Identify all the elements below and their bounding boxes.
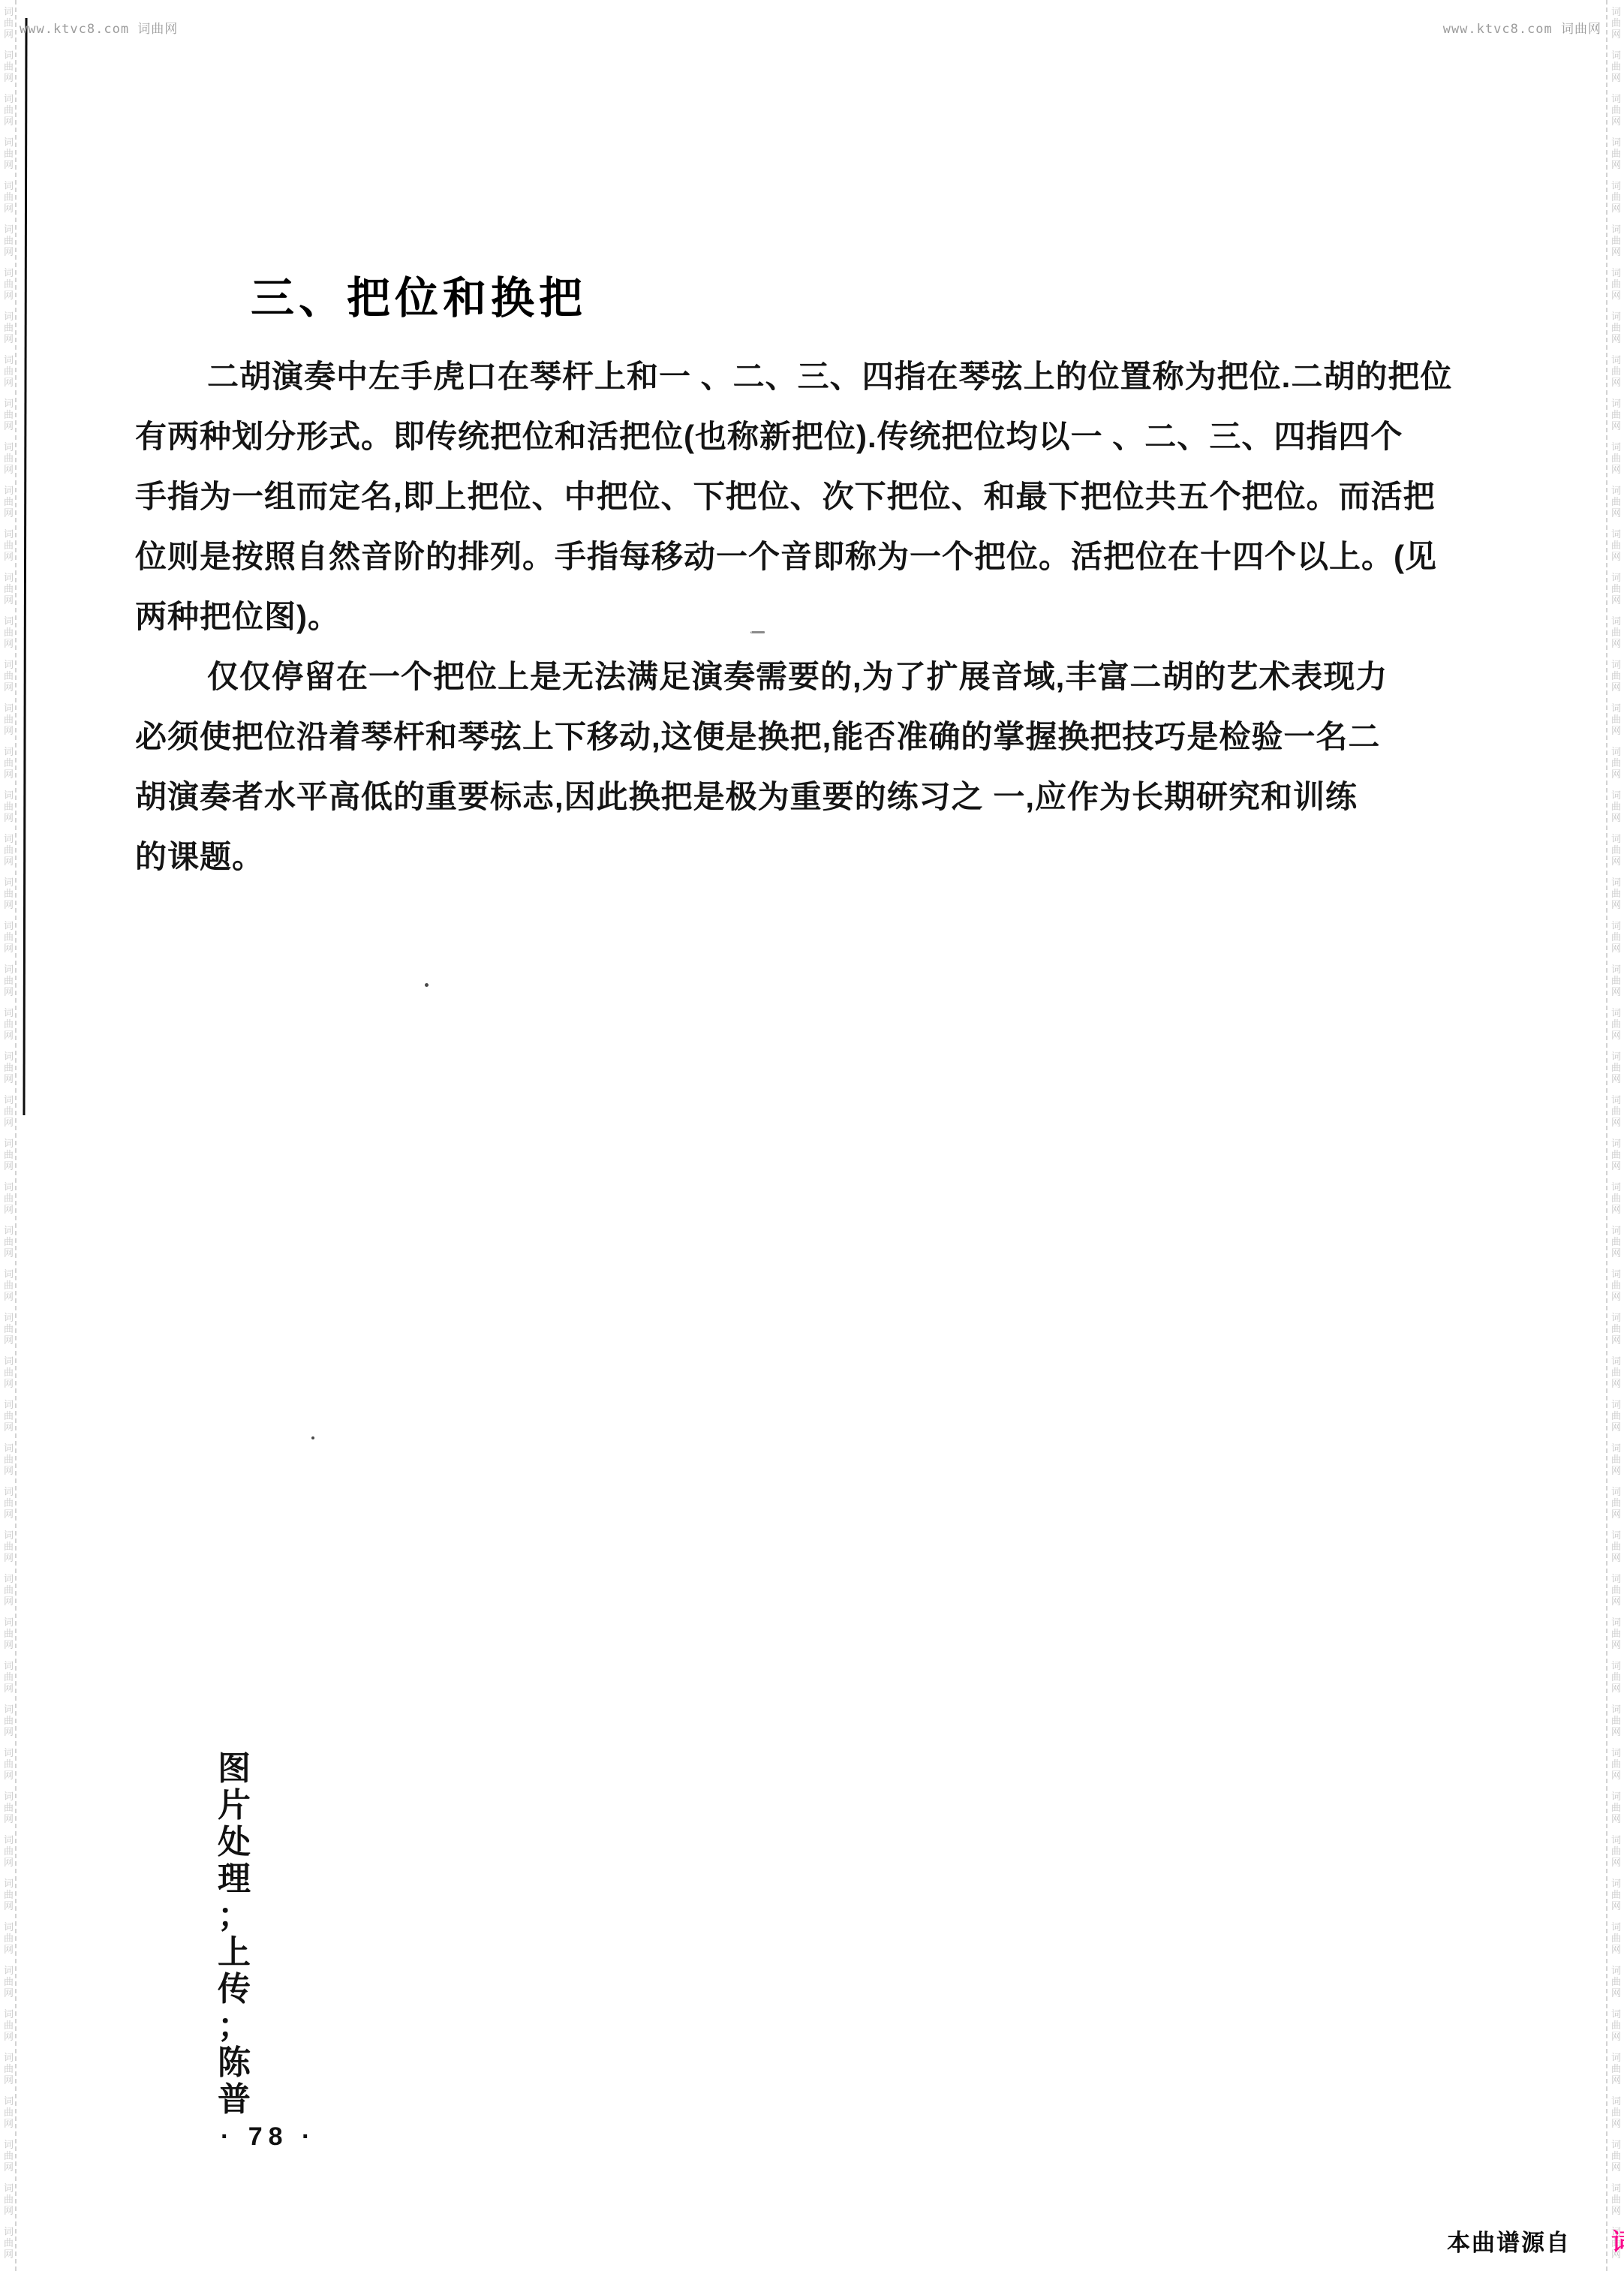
watermark-char: 网 (1610, 203, 1622, 214)
watermark-char: 词 (1610, 137, 1622, 148)
watermark-group: 词曲网 (1610, 1181, 1622, 1215)
watermark-char: 网 (3, 1030, 14, 1041)
watermark-group: 词曲网 (1610, 441, 1622, 475)
watermark-char: 曲 (1610, 2063, 1622, 2074)
watermark-char: 网 (3, 725, 14, 736)
watermark-group: 词曲网 (3, 267, 14, 301)
watermark-group: 词曲网 (1610, 224, 1622, 257)
watermark-char: 词 (1610, 93, 1622, 104)
watermark-char: 词 (3, 964, 14, 975)
watermark-char: 曲 (1610, 975, 1622, 986)
watermark-char: 词 (1610, 1312, 1622, 1323)
watermark-group: 词曲网 (1610, 398, 1622, 432)
watermark-group: 词曲网 (1610, 964, 1622, 997)
watermark-group: 词曲网 (1610, 1225, 1622, 1259)
watermark-char: 词 (1610, 1530, 1622, 1541)
watermark-group: 词曲网 (1610, 702, 1622, 736)
watermark-char: 词 (3, 2095, 14, 2107)
watermark-char: 曲 (3, 583, 14, 594)
watermark-char: 词 (3, 267, 14, 278)
watermark-group: 词曲网 (3, 1399, 14, 1433)
watermark-char: 词 (3, 1965, 14, 1976)
watermark-char: 网 (3, 1291, 14, 1302)
watermark-char: 网 (3, 1552, 14, 1563)
watermark-char: 网 (1610, 377, 1622, 388)
watermark-char: 词 (1610, 1704, 1622, 1715)
watermark-char: 网 (1610, 812, 1622, 823)
watermark-group: 词曲网 (3, 441, 14, 475)
watermark-char: 曲 (3, 1802, 14, 1813)
footer-credit-prefix: 本曲谱源自 (1447, 2224, 1571, 2257)
watermark-char: 曲 (1610, 409, 1622, 420)
watermark-group: 词曲网 (3, 1660, 14, 1694)
watermark-char: 词 (3, 1007, 14, 1018)
watermark-group: 词曲网 (3, 2139, 14, 2173)
watermark-group: 词曲网 (3, 920, 14, 954)
uploader-credit-vertical: 图片处理；上传；陈普 (215, 1750, 254, 2118)
left-dashed-rule (15, 0, 17, 2271)
watermark-char: 网 (3, 1813, 14, 1824)
watermark-char: 网 (3, 1900, 14, 1912)
watermark-char: 曲 (1610, 888, 1622, 899)
watermark-group: 词曲网 (3, 659, 14, 693)
watermark-char: 词 (3, 1747, 14, 1758)
watermark-group: 词曲网 (3, 398, 14, 432)
watermark-char: 词 (1610, 1921, 1622, 1933)
watermark-char: 网 (3, 1944, 14, 1955)
watermark-char: 网 (1610, 1030, 1622, 1041)
watermark-char: 曲 (1610, 365, 1622, 377)
watermark-group: 词曲网 (1610, 833, 1622, 867)
watermark-char: 网 (3, 943, 14, 954)
scan-speck (425, 983, 429, 987)
text-line: 胡演奏者水平高低的重要标志,因此换把是极为重要的练习之 一,应作为长期研究和训练 (135, 767, 1549, 827)
watermark-char: 网 (3, 1117, 14, 1128)
watermark-url-top-left: www.ktvc8.com 词曲网 (20, 18, 178, 37)
watermark-group: 词曲网 (3, 1442, 14, 1476)
watermark-char: 曲 (1610, 1802, 1622, 1813)
watermark-char: 网 (3, 1204, 14, 1215)
watermark-group: 词曲网 (3, 6, 14, 40)
watermark-char: 网 (1610, 638, 1622, 649)
watermark-char: 网 (3, 203, 14, 214)
watermark-char: 网 (1610, 986, 1622, 997)
watermark-char: 曲 (1610, 1018, 1622, 1030)
watermark-char: 曲 (3, 2107, 14, 2118)
watermark-group: 词曲网 (3, 964, 14, 997)
watermark-char: 曲 (1610, 1105, 1622, 1117)
paragraph-1: 二胡演奏中左手虎口在琴杆上和一 、二、三、四指在琴弦上的位置称为把位.二胡的把位… (135, 347, 1549, 647)
watermark-group: 词曲网 (3, 1486, 14, 1520)
watermark-group: 词曲网 (3, 180, 14, 214)
watermark-char: 网 (1610, 1117, 1622, 1128)
watermark-group: 词曲网 (3, 877, 14, 910)
watermark-group: 词曲网 (3, 1355, 14, 1389)
watermark-char: 词 (1610, 746, 1622, 757)
watermark-group: 词曲网 (3, 1704, 14, 1737)
watermark-char: 曲 (3, 1628, 14, 1639)
watermark-char: 网 (1610, 1770, 1622, 1781)
watermark-group: 词曲网 (1610, 2008, 1622, 2042)
watermark-char: 网 (1610, 1857, 1622, 1868)
watermark-group: 词曲网 (1610, 354, 1622, 388)
watermark-char: 词 (3, 2008, 14, 2020)
watermark-group: 词曲网 (1610, 1094, 1622, 1128)
watermark-char: 词 (1610, 702, 1622, 714)
watermark-char: 词 (1610, 180, 1622, 191)
watermark-char: 词 (3, 2052, 14, 2063)
watermark-char: 词 (3, 1791, 14, 1802)
section-title: 三、把位和换把 (251, 263, 587, 326)
watermark-char: 曲 (3, 670, 14, 681)
watermark-char: 词 (1610, 2182, 1622, 2194)
watermark-char: 词 (3, 1442, 14, 1454)
watermark-group: 词曲网 (3, 93, 14, 127)
watermark-char: 曲 (3, 453, 14, 464)
watermark-group: 词曲网 (1610, 1921, 1622, 1955)
watermark-char: 网 (1610, 290, 1622, 301)
watermark-char: 曲 (1610, 1758, 1622, 1770)
watermark-char: 网 (3, 594, 14, 606)
watermark-char: 网 (1610, 1596, 1622, 1607)
watermark-group: 词曲网 (1610, 1791, 1622, 1824)
watermark-char: 网 (1610, 1639, 1622, 1650)
watermark-char: 词 (3, 1921, 14, 1933)
watermark-char: 词 (1610, 615, 1622, 627)
watermark-char: 网 (1610, 2205, 1622, 2216)
watermark-char: 网 (3, 507, 14, 519)
watermark-char: 网 (3, 464, 14, 475)
text-line: 必须使把位沿着琴杆和琴弦上下移动,这便是换把,能否准确的掌握换把技巧是检验一名二 (135, 707, 1549, 767)
watermark-char: 词 (1610, 1225, 1622, 1236)
watermark-group: 词曲网 (1610, 1442, 1622, 1476)
watermark-group: 词曲网 (3, 1834, 14, 1868)
watermark-char: 曲 (3, 104, 14, 116)
watermark-group: 词曲网 (1610, 1051, 1622, 1084)
watermark-char: 网 (3, 1987, 14, 1999)
watermark-char: 网 (3, 1596, 14, 1607)
watermark-char: 曲 (3, 1323, 14, 1334)
watermark-char: 网 (3, 1160, 14, 1172)
watermark-group: 词曲网 (1610, 1530, 1622, 1563)
watermark-char: 曲 (1610, 1280, 1622, 1291)
watermark-char: 曲 (1610, 2194, 1622, 2205)
watermark-group: 词曲网 (1610, 311, 1622, 344)
watermark-group: 词曲网 (3, 1573, 14, 1607)
watermark-group: 词曲网 (3, 1268, 14, 1302)
watermark-char: 曲 (3, 540, 14, 551)
watermark-char: 网 (1610, 1726, 1622, 1737)
watermark-char: 网 (3, 2205, 14, 2216)
watermark-char: 网 (3, 1639, 14, 1650)
watermark-char: 词 (1610, 1617, 1622, 1628)
watermark-char: 网 (1610, 1160, 1622, 1172)
watermark-char: 词 (3, 6, 14, 17)
watermark-char: 词 (1610, 50, 1622, 61)
watermark-group: 词曲网 (3, 1921, 14, 1955)
watermark-char: 词 (1610, 920, 1622, 931)
watermark-char: 曲 (1610, 844, 1622, 856)
watermark-char: 曲 (1610, 1541, 1622, 1552)
watermark-group: 词曲网 (1610, 180, 1622, 214)
watermark-char: 词 (3, 180, 14, 191)
watermark-group: 词曲网 (3, 1138, 14, 1172)
watermark-char: 曲 (3, 148, 14, 159)
watermark-char: 词 (1610, 354, 1622, 365)
watermark-group: 词曲网 (1610, 877, 1622, 910)
watermark-group: 词曲网 (1610, 659, 1622, 693)
text-line: 仅仅停留在一个把位上是无法满足演奏需要的,为了扩展音域,丰富二胡的艺术表现力 (135, 647, 1549, 707)
watermark-char: 词 (3, 1617, 14, 1628)
watermark-group: 词曲网 (3, 746, 14, 780)
watermark-group: 词曲网 (1610, 920, 1622, 954)
watermark-char: 网 (3, 29, 14, 40)
watermark-char: 词 (1610, 877, 1622, 888)
watermark-char: 网 (3, 2074, 14, 2086)
watermark-char: 词 (3, 441, 14, 453)
watermark-char: 词 (3, 1051, 14, 1062)
watermark-group: 词曲网 (1610, 1834, 1622, 1868)
watermark-char: 曲 (1610, 1323, 1622, 1334)
right-watermark-column: 词曲网词曲网词曲网词曲网词曲网词曲网词曲网词曲网词曲网词曲网词曲网词曲网词曲网词… (1610, 6, 1622, 2269)
watermark-char: 曲 (1610, 191, 1622, 203)
watermark-char: 网 (1610, 246, 1622, 257)
watermark-char: 网 (3, 551, 14, 562)
watermark-char: 词 (1610, 833, 1622, 844)
watermark-char: 词 (3, 50, 14, 61)
watermark-group: 词曲网 (1610, 1747, 1622, 1781)
watermark-group: 词曲网 (3, 2182, 14, 2216)
watermark-char: 网 (3, 769, 14, 780)
watermark-char: 词 (3, 1355, 14, 1367)
watermark-char: 词 (1610, 572, 1622, 583)
watermark-char: 曲 (3, 1889, 14, 1900)
watermark-char: 网 (1610, 1683, 1622, 1694)
watermark-char: 曲 (1610, 1236, 1622, 1247)
watermark-group: 词曲网 (1610, 50, 1622, 83)
watermark-char: 词 (3, 877, 14, 888)
watermark-char: 词 (1610, 1791, 1622, 1802)
watermark-group: 词曲网 (3, 1181, 14, 1215)
watermark-char: 曲 (3, 322, 14, 333)
watermark-char: 网 (1610, 333, 1622, 344)
watermark-char: 网 (1610, 943, 1622, 954)
watermark-char: 词 (3, 1486, 14, 1497)
watermark-char: 网 (3, 72, 14, 83)
watermark-char: 网 (1610, 1291, 1622, 1302)
watermark-group: 词曲网 (3, 572, 14, 606)
watermark-char: 曲 (3, 975, 14, 986)
vertical-char: 图 (215, 1750, 254, 1787)
watermark-char: 网 (1610, 2074, 1622, 2086)
watermark-char: 曲 (1610, 148, 1622, 159)
watermark-char: 网 (3, 1334, 14, 1346)
watermark-char: 曲 (1610, 1715, 1622, 1726)
watermark-group: 词曲网 (1610, 1138, 1622, 1172)
watermark-char: 词 (1610, 1399, 1622, 1410)
vertical-char: 普 (215, 2081, 254, 2118)
watermark-char: 网 (1610, 1944, 1622, 1955)
watermark-group: 词曲网 (3, 790, 14, 823)
watermark-char: 曲 (1610, 322, 1622, 333)
watermark-char: 曲 (3, 1933, 14, 1944)
page-number: · 78 · (221, 2122, 316, 2152)
watermark-group: 词曲网 (3, 2008, 14, 2042)
watermark-char: 曲 (3, 757, 14, 769)
scan-speck (311, 1436, 314, 1439)
watermark-char: 词 (1610, 6, 1622, 17)
watermark-char: 曲 (3, 1845, 14, 1857)
watermark-char: 词 (3, 137, 14, 148)
watermark-group: 词曲网 (1610, 1660, 1622, 1694)
watermark-char: 词 (3, 1834, 14, 1845)
watermark-group: 词曲网 (1610, 746, 1622, 780)
watermark-group: 词曲网 (3, 50, 14, 83)
watermark-group: 词曲网 (3, 1225, 14, 1259)
vertical-char: 陈 (215, 2044, 254, 2081)
watermark-char: 曲 (3, 931, 14, 943)
watermark-char: 词 (1610, 2139, 1622, 2150)
watermark-group: 词曲网 (3, 1094, 14, 1128)
watermark-group: 词曲网 (1610, 1965, 1622, 1999)
watermark-group: 词曲网 (3, 528, 14, 562)
watermark-char: 曲 (1610, 1976, 1622, 1987)
watermark-group: 词曲网 (1610, 267, 1622, 301)
watermark-group: 词曲网 (1610, 615, 1622, 649)
watermark-group: 词曲网 (3, 354, 14, 388)
watermark-char: 曲 (3, 2063, 14, 2074)
watermark-char: 网 (3, 420, 14, 432)
watermark-char: 词 (1610, 659, 1622, 670)
watermark-char: 曲 (3, 1454, 14, 1465)
watermark-char: 网 (1610, 1378, 1622, 1389)
watermark-char: 网 (1610, 899, 1622, 910)
watermark-char: 曲 (3, 235, 14, 246)
watermark-char: 词 (1610, 1747, 1622, 1758)
watermark-char: 曲 (3, 627, 14, 638)
watermark-char: 词 (1610, 1268, 1622, 1280)
watermark-char: 词 (3, 1268, 14, 1280)
watermark-char: 词 (1610, 1878, 1622, 1889)
watermark-char: 曲 (3, 61, 14, 72)
watermark-char: 网 (3, 1683, 14, 1694)
watermark-group: 词曲网 (1610, 137, 1622, 170)
watermark-group: 词曲网 (3, 1051, 14, 1084)
footer-brand-name: 词曲网 (1611, 2223, 1624, 2258)
watermark-group: 词曲网 (1610, 528, 1622, 562)
vertical-char: 处 (215, 1824, 254, 1860)
watermark-group: 词曲网 (3, 1617, 14, 1650)
watermark-char: 网 (1610, 1813, 1622, 1824)
watermark-char: 词 (3, 2139, 14, 2150)
watermark-char: 曲 (1610, 1410, 1622, 1421)
watermark-char: 网 (1610, 1421, 1622, 1433)
watermark-char: 词 (1610, 1051, 1622, 1062)
watermark-char: 曲 (1610, 757, 1622, 769)
watermark-char: 曲 (1610, 1933, 1622, 1944)
watermark-char: 曲 (3, 2194, 14, 2205)
watermark-char: 网 (3, 986, 14, 997)
watermark-group: 词曲网 (1610, 485, 1622, 519)
watermark-char: 词 (3, 746, 14, 757)
watermark-char: 词 (1610, 2095, 1622, 2107)
watermark-char: 词 (3, 1530, 14, 1541)
watermark-group: 词曲网 (1610, 2095, 1622, 2129)
watermark-char: 网 (3, 1421, 14, 1433)
watermark-char: 曲 (3, 1193, 14, 1204)
watermark-char: 曲 (1610, 1584, 1622, 1596)
watermark-char: 曲 (3, 496, 14, 507)
watermark-char: 曲 (3, 1758, 14, 1770)
watermark-char: 曲 (3, 2237, 14, 2248)
watermark-group: 词曲网 (1610, 1878, 1622, 1912)
watermark-char: 网 (1610, 681, 1622, 693)
watermark-char: 词 (3, 2182, 14, 2194)
watermark-char: 网 (3, 856, 14, 867)
watermark-char: 词 (3, 528, 14, 540)
watermark-group: 词曲网 (3, 2226, 14, 2260)
watermark-char: 曲 (1610, 1454, 1622, 1465)
watermark-char: 曲 (3, 278, 14, 290)
watermark-char: 曲 (1610, 278, 1622, 290)
watermark-char: 网 (1610, 551, 1622, 562)
watermark-char: 词 (3, 1312, 14, 1323)
watermark-char: 词 (1610, 311, 1622, 322)
watermark-char: 网 (3, 159, 14, 170)
watermark-char: 曲 (3, 801, 14, 812)
watermark-char: 曲 (3, 191, 14, 203)
watermark-char: 曲 (1610, 17, 1622, 29)
watermark-group: 词曲网 (1610, 790, 1622, 823)
footer-credit: 本曲谱源自 词曲网 (1447, 2223, 1624, 2258)
watermark-char: 词 (3, 1878, 14, 1889)
watermark-char: 网 (1610, 594, 1622, 606)
watermark-group: 词曲网 (1610, 93, 1622, 127)
watermark-char: 词 (1610, 398, 1622, 409)
watermark-char: 曲 (3, 17, 14, 29)
watermark-group: 词曲网 (1610, 572, 1622, 606)
watermark-char: 词 (1610, 1094, 1622, 1105)
watermark-char: 词 (1610, 790, 1622, 801)
watermark-group: 词曲网 (3, 615, 14, 649)
watermark-char: 词 (3, 93, 14, 104)
watermark-char: 网 (1610, 856, 1622, 867)
watermark-char: 曲 (3, 1236, 14, 1247)
watermark-group: 词曲网 (1610, 6, 1622, 40)
watermark-char: 曲 (3, 1410, 14, 1421)
watermark-group: 词曲网 (1610, 1007, 1622, 1041)
watermark-char: 曲 (1610, 670, 1622, 681)
watermark-char: 网 (1610, 1465, 1622, 1476)
watermark-char: 网 (1610, 1073, 1622, 1084)
watermark-group: 词曲网 (1610, 1486, 1622, 1520)
vertical-char: 传 (215, 1971, 254, 2008)
watermark-char: 网 (1610, 159, 1622, 170)
watermark-char: 网 (1610, 1247, 1622, 1259)
watermark-char: 网 (1610, 29, 1622, 40)
watermark-char: 网 (3, 1508, 14, 1520)
watermark-char: 曲 (1610, 2107, 1622, 2118)
watermark-char: 曲 (3, 714, 14, 725)
watermark-char: 词 (3, 311, 14, 322)
watermark-group: 词曲网 (1610, 2182, 1622, 2216)
watermark-char: 网 (3, 1770, 14, 1781)
text-line: 的课题。 (135, 827, 1549, 887)
watermark-group: 词曲网 (1610, 2052, 1622, 2086)
watermark-group: 词曲网 (3, 2052, 14, 2086)
watermark-char: 网 (3, 1857, 14, 1868)
watermark-char: 词 (1610, 441, 1622, 453)
